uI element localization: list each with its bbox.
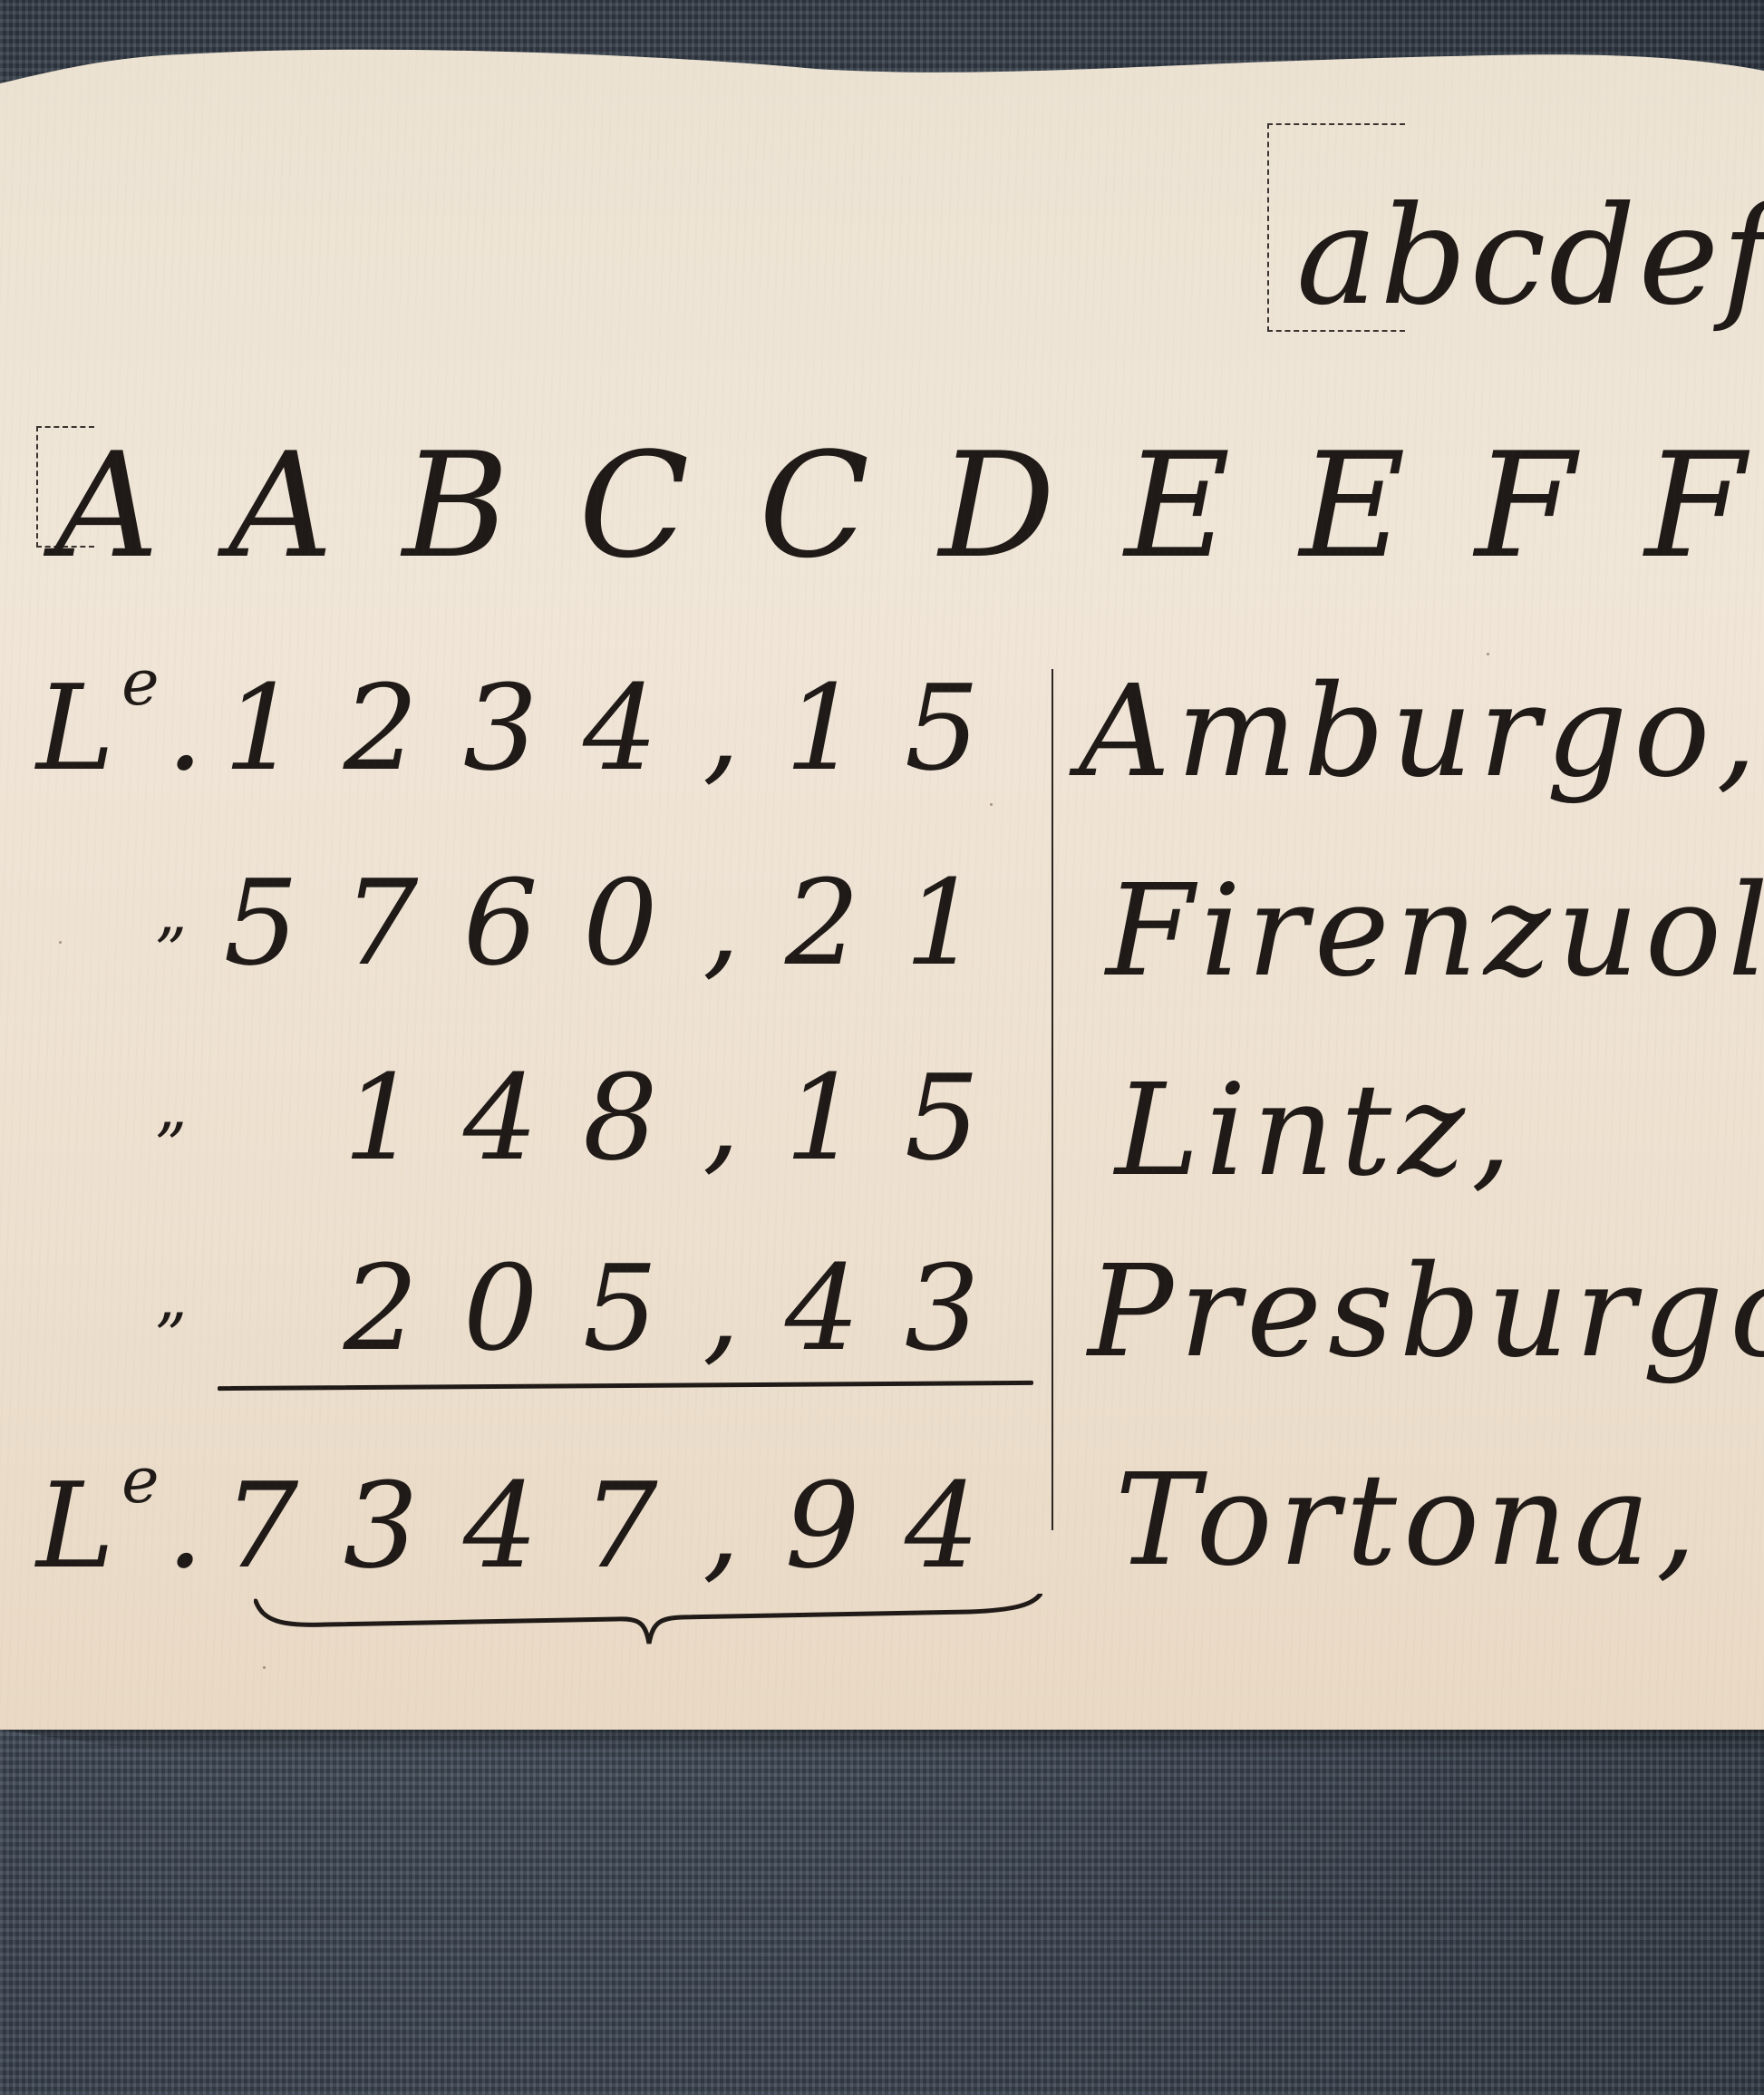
lire-symbol: Le. — [36, 1467, 211, 1585]
city-name: Firenzuola, — [1106, 868, 1764, 995]
paper-sheet: abcdefg A A B C C D E E F F G G Le. 1234… — [0, 34, 1764, 1730]
amount-value: 1234,15 — [224, 669, 1024, 787]
city-name: Amburgo, — [1079, 669, 1763, 796]
amount-value: 205,43 — [344, 1249, 1024, 1367]
ditto-mark: ” — [154, 920, 190, 984]
addition-total-row: Le. 7347,94 — [18, 1440, 1042, 1594]
curly-brace-icon — [254, 1594, 1042, 1648]
addition-row: Le. 1234,15 — [18, 642, 1042, 796]
addition-row: ” 205,43 — [18, 1222, 1042, 1376]
lowercase-alphabet-sample: abcdefg — [1296, 189, 1764, 325]
column-divider — [1052, 669, 1053, 1530]
lire-symbol: Le. — [36, 669, 211, 787]
total-amount-value: 7347,94 — [224, 1467, 1024, 1585]
sum-rule-line — [218, 1381, 1033, 1391]
amount-value: 5760,21 — [224, 864, 1024, 982]
amount-value: 148,15 — [344, 1059, 1024, 1177]
ditto-mark: ” — [154, 1305, 190, 1369]
addition-row: ” 5760,21 — [18, 837, 1042, 991]
uppercase-alphabet-sample: A A B C C D E E F F G G — [54, 433, 1764, 578]
city-name: Tortona, — [1115, 1458, 1702, 1585]
ditto-mark: ” — [154, 1115, 190, 1178]
city-name: Lintz, — [1115, 1068, 1517, 1195]
addition-row: ” 148,15 — [18, 1032, 1042, 1186]
city-name: Presburgo, — [1088, 1249, 1764, 1376]
